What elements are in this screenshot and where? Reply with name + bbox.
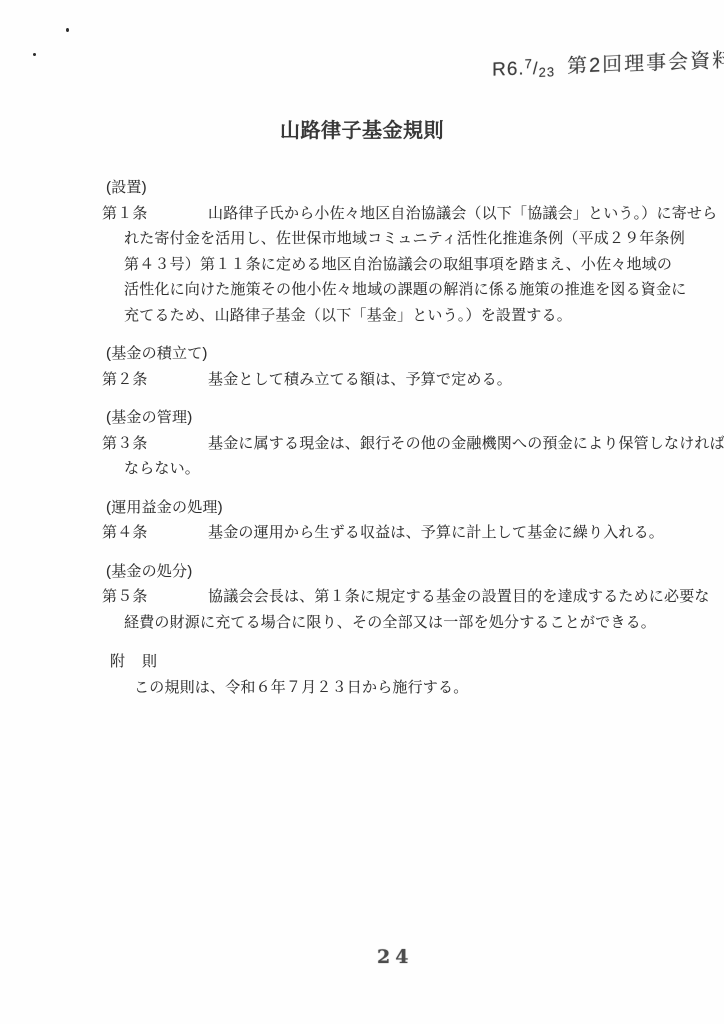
article-number: 第１条 [102,201,208,227]
article-number: 第５条 [102,584,208,610]
continuation-line: 活性化に向けた施策その他小佐々地域の課題の解消に係る施策の推進を図る資金に [124,277,724,303]
continuation-line: 経費の財源に充てる場合に限り、その全部又は一部を処分することができる。 [124,610,724,636]
supplement-heading: 附 則 [110,649,724,675]
article-text: 協議会会長は、第１条に規定する基金の設置目的を達成するために必要な [208,588,710,605]
document-title: 山路律子基金規則 [0,119,724,143]
handwritten-date-month: 7 [525,56,533,71]
article-line: 第１条山路律子氏から小佐々地区自治協議会（以下「協議会」という。）に寄せら [102,201,724,227]
scan-speckle [66,28,69,32]
section-heading: (基金の管理) [106,405,724,431]
continuation-line: ならない。 [124,456,724,482]
handwritten-date-era: R6. [492,58,525,80]
section-heading: (基金の処分) [106,559,724,585]
article-line: 第５条協議会会長は、第１条に規定する基金の設置目的を達成するために必要な [102,584,724,610]
handwritten-date-day: 23 [539,64,556,80]
continuation-line: 第４３号）第１１条に定める地区自治協議会の取組事項を踏まえ、小佐々地域の [124,252,724,278]
section-fund-disposal: (基金の処分) 第５条協議会会長は、第１条に規定する基金の設置目的を達成するため… [0,559,724,636]
scanned-document-page: R6.7/23第2回理事会資料 山路律子基金規則 (設置) 第１条山路律子氏から… [0,0,724,1024]
supplementary-provision: 附 則 この規則は、令和６年７月２３日から施行する。 [0,649,724,700]
article-number: 第３条 [102,431,208,457]
section-establishment: (設置) 第１条山路律子氏から小佐々地区自治協議会（以下「協議会」という。）に寄… [0,175,724,328]
article-line: 第３条基金に属する現金は、銀行その他の金融機関への預金により保管しなければ [102,431,724,457]
article-text: 基金として積み立てる額は、予算で定める。 [208,371,512,388]
section-heading: (基金の積立て) [106,341,724,367]
section-heading: (運用益金の処理) [106,495,724,521]
handwritten-meeting-label: 第2回理事会資料 [567,49,724,77]
article-number: 第４条 [102,520,208,546]
section-investment-profit: (運用益金の処理) 第４条基金の運用から生ずる収益は、予算に計上して基金に繰り入… [0,495,724,546]
section-heading: (設置) [106,175,724,201]
page-number: 24 [377,946,413,968]
continuation-line: れた寄付金を活用し、佐世保市地域コミュニティ活性化推進条例（平成２９年条例 [124,226,724,252]
article-text: 基金の運用から生ずる収益は、予算に計上して基金に繰り入れる。 [208,524,664,541]
section-fund-accumulation: (基金の積立て) 第２条基金として積み立てる額は、予算で定める。 [0,341,724,392]
scan-speckle [33,53,36,56]
article-line: 第２条基金として積み立てる額は、予算で定める。 [102,367,724,393]
continuation-line: 充てるため、山路律子基金（以下「基金」という。）を設置する。 [124,303,724,329]
handwritten-annotation: R6.7/23第2回理事会資料 [492,43,724,81]
article-number: 第２条 [102,367,208,393]
article-text: 基金に属する現金は、銀行その他の金融機関への預金により保管しなければ [208,435,724,452]
article-line: 第４条基金の運用から生ずる収益は、予算に計上して基金に繰り入れる。 [102,520,724,546]
supplement-text: この規則は、令和６年７月２３日から施行する。 [134,675,724,701]
article-text: 山路律子氏から小佐々地区自治協議会（以下「協議会」という。）に寄せら [208,205,717,222]
section-fund-management: (基金の管理) 第３条基金に属する現金は、銀行その他の金融機関への預金により保管… [0,405,724,482]
